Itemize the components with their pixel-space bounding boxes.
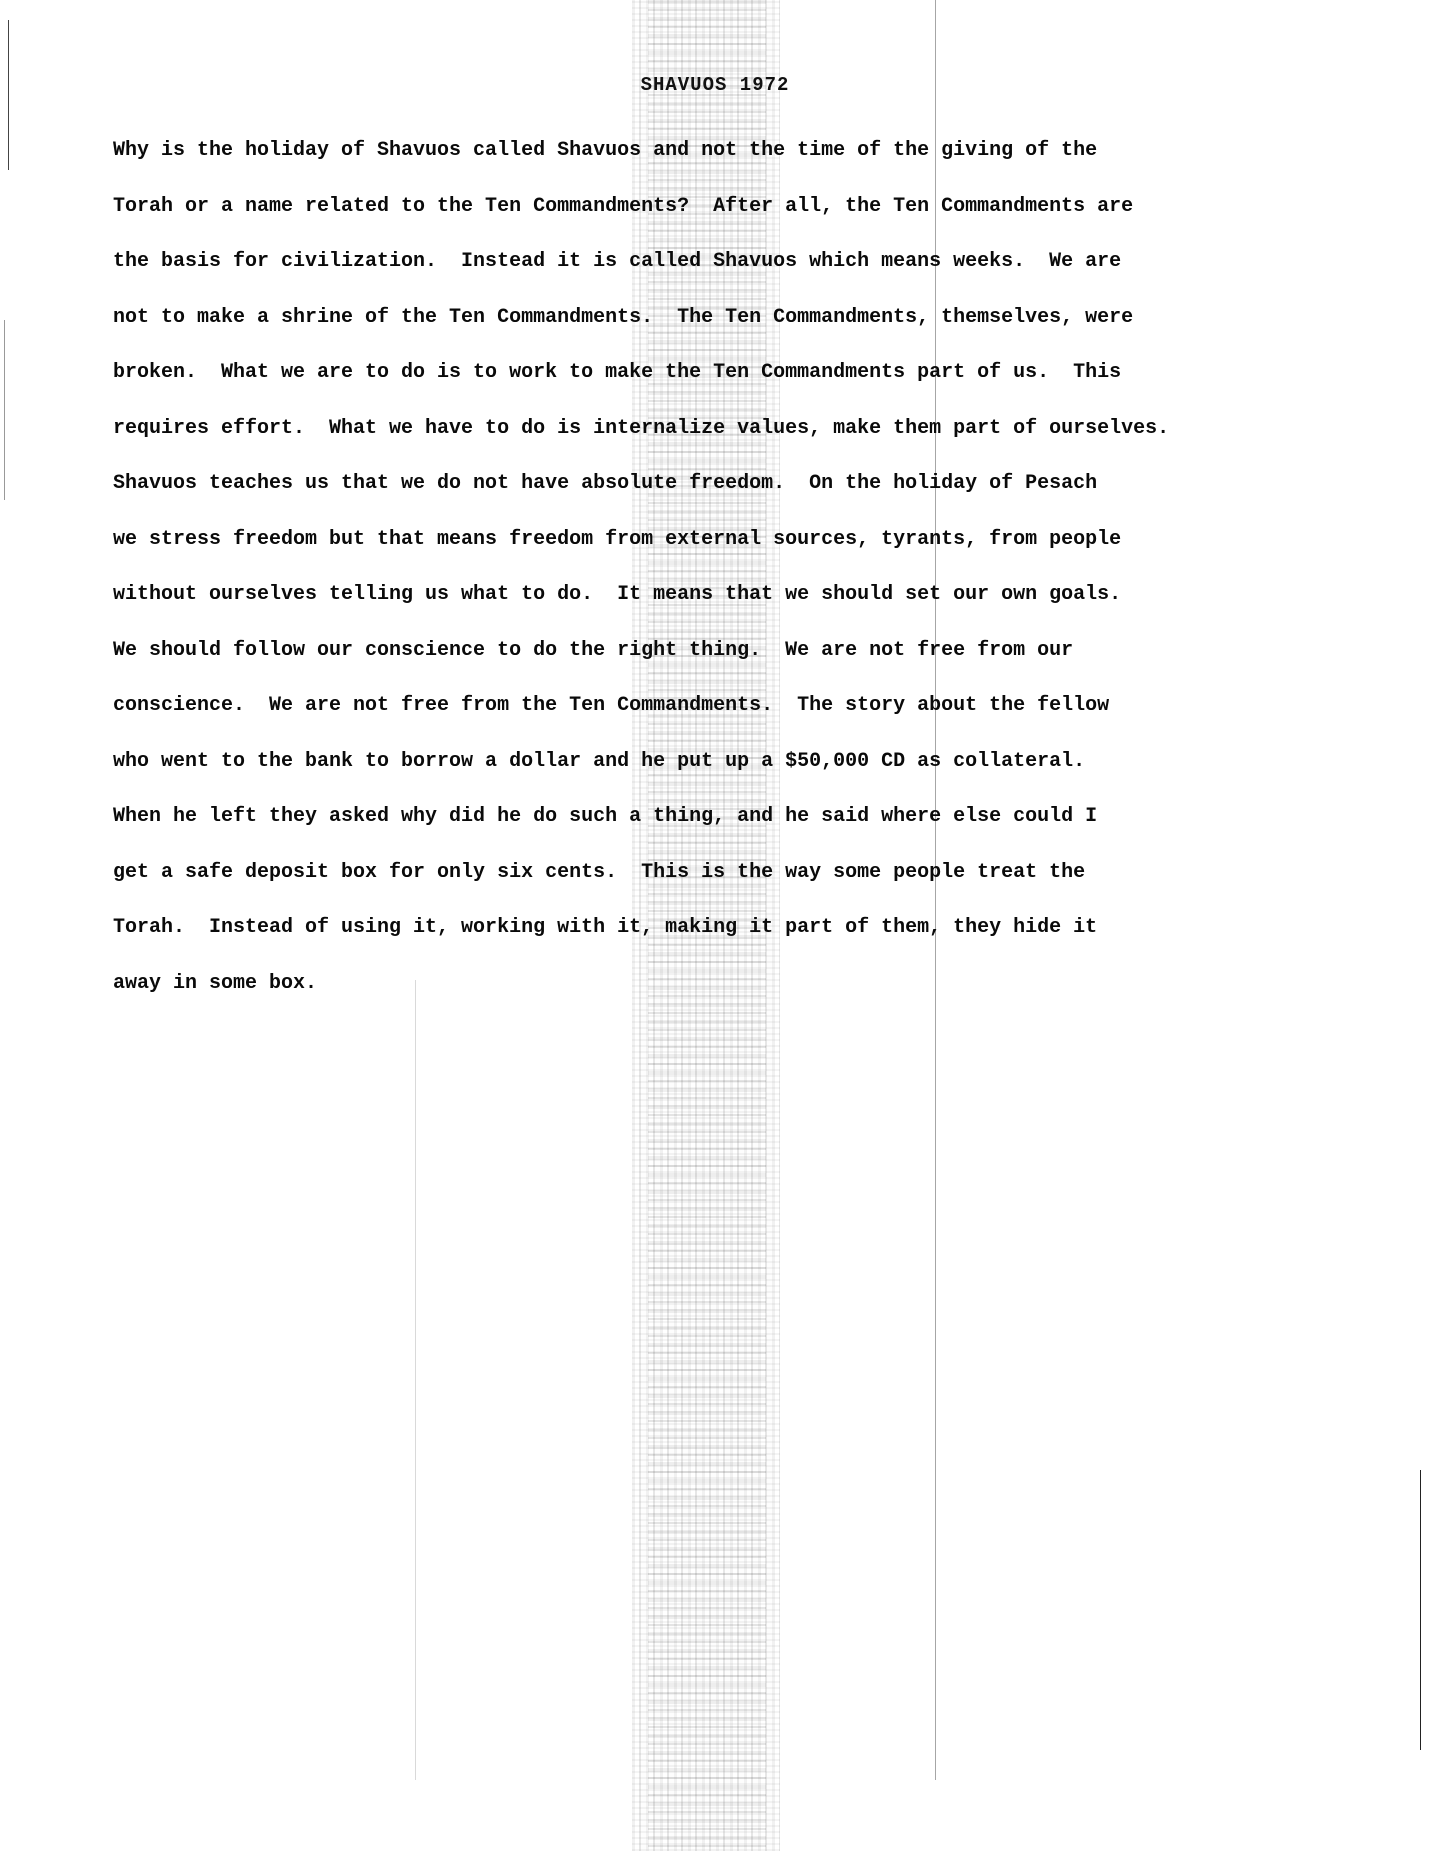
document-body: Why is the holiday of Shavuos called Sha… — [113, 136, 1343, 1024]
scan-edge-line-right — [1420, 1470, 1421, 1750]
text-line: away in some box. — [113, 969, 1343, 1025]
text-line: not to make a shrine of the Ten Commandm… — [113, 303, 1343, 359]
text-line: without ourselves telling us what to do.… — [113, 580, 1343, 636]
text-line: get a safe deposit box for only six cent… — [113, 858, 1343, 914]
text-line: Why is the holiday of Shavuos called Sha… — [113, 136, 1343, 192]
text-line: We should follow our conscience to do th… — [113, 636, 1343, 692]
scan-faint-line — [415, 980, 416, 1780]
text-line: requires effort. What we have to do is i… — [113, 414, 1343, 470]
text-line: we stress freedom but that means freedom… — [113, 525, 1343, 581]
document-title: SHAVUOS 1972 — [0, 74, 1430, 96]
text-line: who went to the bank to borrow a dollar … — [113, 747, 1343, 803]
text-line: Torah or a name related to the Ten Comma… — [113, 192, 1343, 248]
text-line: Shavuos teaches us that we do not have a… — [113, 469, 1343, 525]
scanned-page: SHAVUOS 1972 Why is the holiday of Shavu… — [0, 0, 1430, 1851]
scan-edge-line-left-2 — [4, 320, 5, 500]
text-line: conscience. We are not free from the Ten… — [113, 691, 1343, 747]
text-line: broken. What we are to do is to work to … — [113, 358, 1343, 414]
text-line: Torah. Instead of using it, working with… — [113, 913, 1343, 969]
text-line: the basis for civilization. Instead it i… — [113, 247, 1343, 303]
text-line: When he left they asked why did he do su… — [113, 802, 1343, 858]
